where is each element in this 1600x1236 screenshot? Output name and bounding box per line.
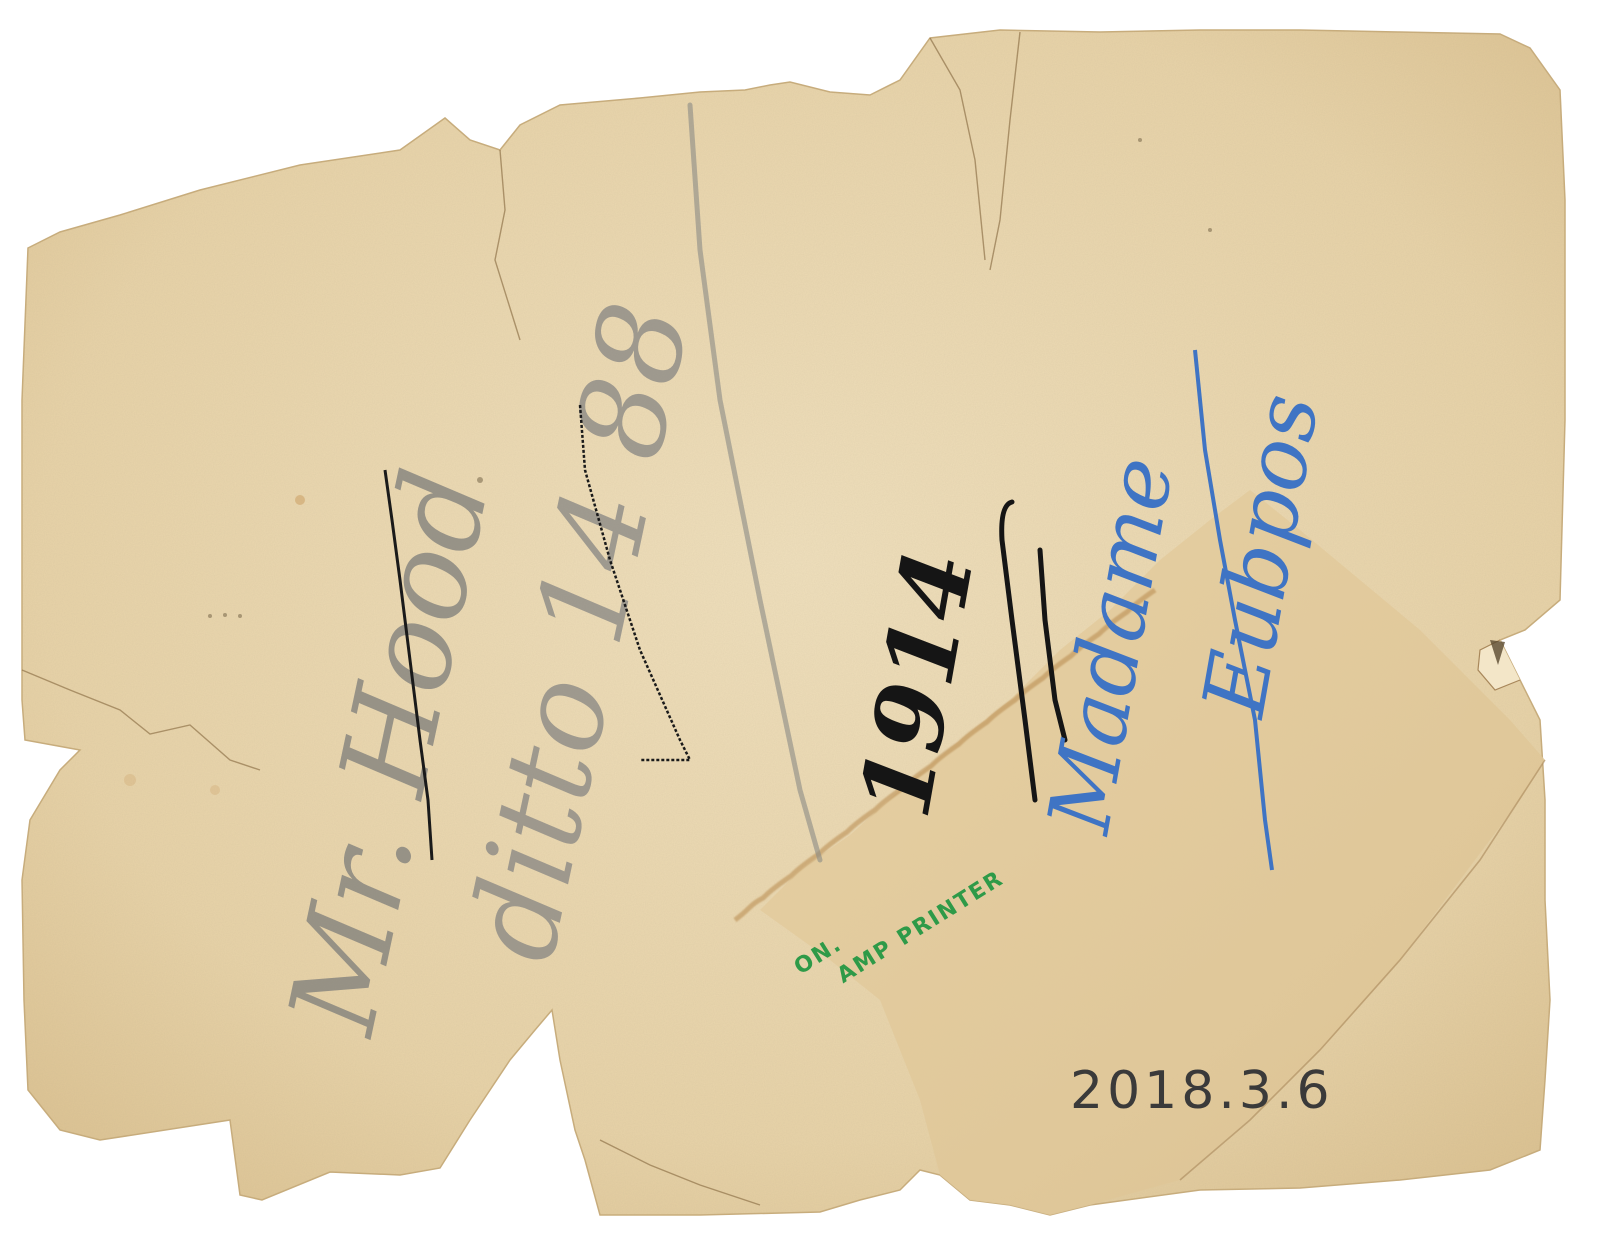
archive-date: 2018.3.6: [1070, 1061, 1334, 1121]
document-scan: Mr. Hood ditto 14 88 1914 Madame Eubpos …: [0, 0, 1600, 1236]
